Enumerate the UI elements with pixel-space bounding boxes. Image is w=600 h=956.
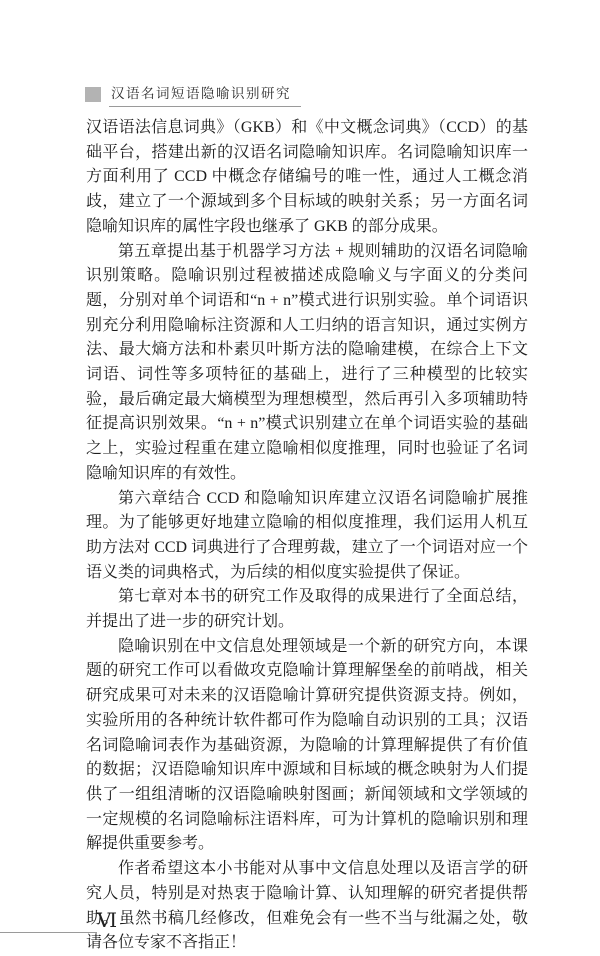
running-header: 汉语名词短语隐喻识别研究 (85, 82, 301, 107)
running-header-title: 汉语名词短语隐喻识别研究 (111, 86, 291, 101)
body-text-block: 汉语语法信息词典》（GKB）和《中文概念词典》（CCD）的基础平台，搭建出新的汉… (86, 116, 528, 956)
paragraph-2: 第五章提出基于机器学习方法 + 规则辅助的汉语名词隐喻识别策略。隐喻识别过程被描… (86, 240, 528, 487)
footer-rule (0, 932, 97, 933)
page-number: Ⅵ (97, 908, 117, 933)
paragraph-1: 汉语语法信息词典》（GKB）和《中文概念词典》（CCD）的基础平台，搭建出新的汉… (86, 116, 528, 240)
header-square-marker-icon (85, 87, 101, 102)
paragraph-6: 作者希望这本小书能对从事中文信息处理以及语言学的研究人员，特别是对热衷于隐喻计算… (86, 857, 528, 956)
paragraph-3: 第六章结合 CCD 和隐喻知识库建立汉语名词隐喻扩展推理。为了能够更好地建立隐喻… (86, 487, 528, 586)
paragraph-4: 第七章对本书的研究工作及取得的成果进行了全面总结，并提出了进一步的研究计划。 (86, 585, 528, 634)
header-title-underline: 汉语名词短语隐喻识别研究 (109, 82, 301, 107)
paragraph-5: 隐喻识别在中文信息处理领域是一个新的研究方向，本课题的研究工作可以看做攻克隐喻计… (86, 635, 528, 857)
book-page: 汉语名词短语隐喻识别研究 汉语语法信息词典》（GKB）和《中文概念词典》（CCD… (0, 0, 600, 956)
